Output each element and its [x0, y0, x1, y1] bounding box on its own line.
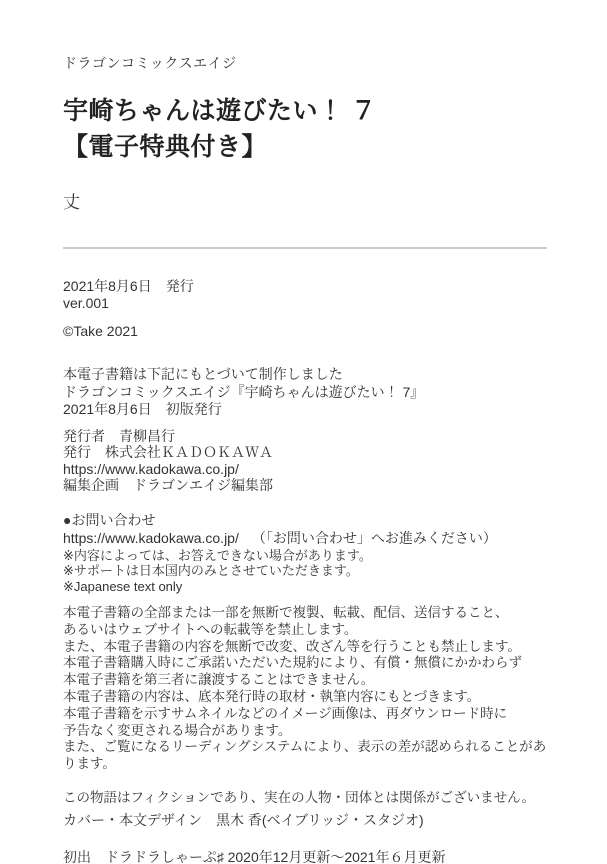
legal-line: 本電子書籍の全部または一部を無断で複製、転載、配信、送信すること、 — [63, 605, 547, 622]
divider — [63, 247, 547, 249]
contact-url-link[interactable]: https://www.kadokawa.co.jp/ — [63, 530, 239, 546]
publisher-company: 発行 株式会社ＫＡＤＯＫＡＷＡ — [63, 444, 547, 461]
legal-line: 本電子書籍の内容は、底本発行時の取材・執筆内容にもとづきます。 — [63, 689, 547, 706]
edition-info: 2021年8月6日 発行 ver.001 — [63, 278, 547, 312]
source-original-date: 2021年8月6日 初版発行 — [63, 401, 547, 419]
legal-line: 本電子書籍を第三者に譲渡することはできません。 — [63, 672, 547, 689]
legal-line: 本電子書籍購入時にご承諾いただいた規約により、有償・無償にかかわらず — [63, 655, 547, 672]
contact-remark: ※Japanese text only — [63, 579, 547, 595]
legal-line: また、ご覧になるリーディングシステムにより、表示の差が認められることがあります。 — [63, 739, 547, 773]
publisher-url-link[interactable]: https://www.kadokawa.co.jp/ — [63, 461, 547, 478]
contact-url-line: https://www.kadokawa.co.jp/（「お問い合わせ」へお進み… — [63, 529, 547, 548]
contact-remark: ※内容によっては、お答えできない場合があります。 — [63, 548, 547, 564]
contact-heading: ●お問い合わせ — [63, 511, 547, 529]
issue-date: 2021年8月6日 発行 — [63, 278, 547, 295]
design-credit: カバー・本文デザイン 黒木 香(ベイブリッジ・スタジオ) — [63, 812, 547, 829]
legal-notice: 本電子書籍の全部または一部を無断で複製、転載、配信、送信すること、 あるいはウェ… — [63, 605, 547, 773]
fiction-disclaimer: この物語はフィクションであり、実在の人物・団体とは関係がございません。 — [63, 789, 547, 806]
legal-line: また、本電子書籍の内容を無断で改変、改ざん等を行うことも禁止します。 — [63, 639, 547, 656]
legal-line: 本電子書籍を示すサムネイルなどのイメージ画像は、再ダウンロード時に — [63, 706, 547, 723]
copyright-notice: ©Take 2021 — [63, 323, 547, 340]
version-number: ver.001 — [63, 295, 547, 312]
book-title-line1: 宇崎ちゃんは遊びたい！ ７ — [63, 93, 547, 129]
legal-line: 予告なく変更される場合があります。 — [63, 723, 547, 740]
contact-url-note: （「お問い合わせ」へお進みください） — [252, 530, 497, 546]
source-original-title: ドラゴンコミックスエイジ『宇崎ちゃんは遊びたい！ 7』 — [63, 384, 547, 402]
source-intro: 本電子書籍は下記にもとづいて制作しました — [63, 366, 547, 384]
book-title-line2: 【電子特典付き】 — [63, 129, 547, 165]
book-title: 宇崎ちゃんは遊びたい！ ７ 【電子特典付き】 — [63, 93, 547, 165]
first-appearance-note: 初出 ドラドラしゃーぷ♯ 2020年12月更新～2021年６月更新 — [63, 849, 547, 864]
source-info: 本電子書籍は下記にもとづいて制作しました ドラゴンコミックスエイジ『宇崎ちゃんは… — [63, 366, 547, 419]
colophon-page: ドラゴンコミックスエイジ 宇崎ちゃんは遊びたい！ ７ 【電子特典付き】 丈 20… — [0, 0, 607, 864]
editorial-planning: 編集企画 ドラゴンエイジ編集部 — [63, 477, 547, 494]
publisher-person: 発行者 青柳昌行 — [63, 428, 547, 445]
contact-remarks: ※内容によっては、お答えできない場合があります。 ※サポートは日本国内のみとさせ… — [63, 548, 547, 595]
publisher-info: 発行者 青柳昌行 発行 株式会社ＫＡＤＯＫＡＷＡ https://www.kad… — [63, 428, 547, 494]
contact-remark: ※サポートは日本国内のみとさせていただきます。 — [63, 563, 547, 579]
legal-line: あるいはウェブサイトへの転載等を禁止します。 — [63, 622, 547, 639]
author-name: 丈 — [63, 192, 547, 214]
imprint-label: ドラゴンコミックスエイジ — [63, 54, 547, 72]
